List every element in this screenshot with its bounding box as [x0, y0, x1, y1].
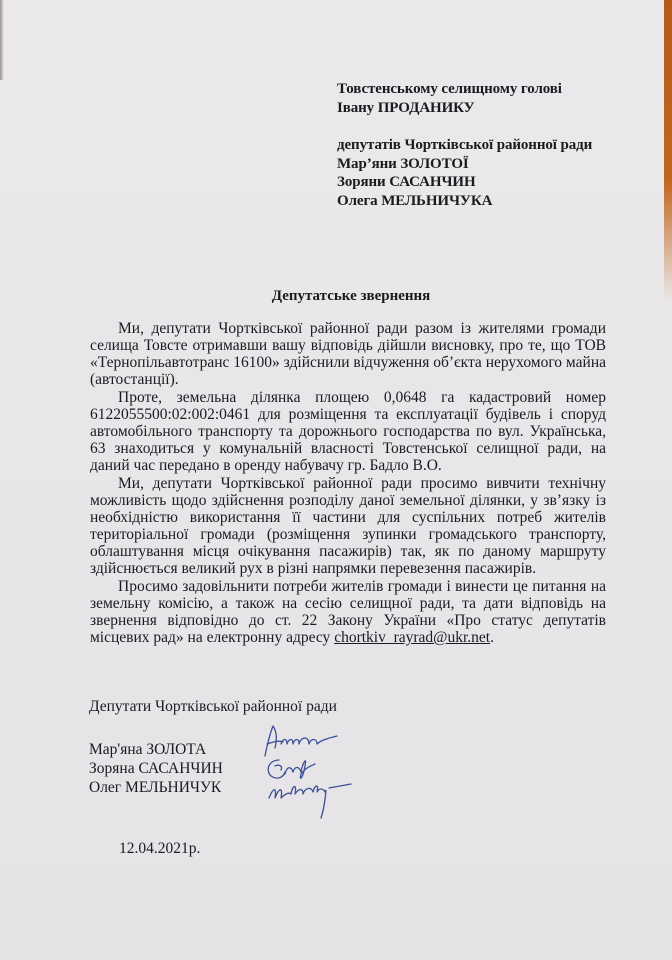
- document-page: Товстенському селищному голові Івану ПРО…: [0, 0, 672, 960]
- signatory-name: Мар'яна ЗОЛОТА: [89, 740, 223, 759]
- sender-name: Мар’яни ЗОЛОТОЇ: [337, 155, 592, 174]
- handwritten-signatures: [255, 722, 385, 822]
- signature-3-icon: [269, 784, 351, 818]
- background-edge: [664, 0, 672, 300]
- body-paragraph: Ми, депутати Чортківської районної ради …: [90, 475, 606, 577]
- signatory-name: Зоряна САСАНЧИН: [89, 759, 223, 778]
- document-body: Ми, депутати Чортківської районної ради …: [90, 320, 606, 646]
- addressee-block: Товстенському селищному голові Івану ПРО…: [337, 80, 592, 210]
- signature-1-icon: [265, 726, 337, 756]
- document-date: 12.04.2021р.: [119, 840, 200, 858]
- document-title: Депутатське звернення: [0, 288, 672, 305]
- sender-name: Зоряни САСАНЧИН: [337, 173, 592, 192]
- sender-title: депутатів Чортківської районної ради: [337, 136, 592, 155]
- request-end: .: [490, 629, 494, 646]
- closing-line: Депутати Чортківської районної ради: [89, 698, 337, 716]
- sender-name: Олега МЕЛЬНИЧУКА: [337, 192, 592, 211]
- page-shadow: [0, 0, 4, 80]
- recipient-name: Івану ПРОДАНИКУ: [337, 99, 592, 118]
- body-paragraph-request: Просимо задовільнити потреби жителів гро…: [90, 578, 606, 646]
- email-link[interactable]: chortkiv_rayrad@ukr.net: [334, 629, 490, 646]
- body-paragraph: Проте, земельна ділянка площею 0,0648 га…: [90, 389, 606, 474]
- recipient-title: Товстенському селищному голові: [337, 80, 592, 99]
- signatories-list: Мар'яна ЗОЛОТА Зоряна САСАНЧИН Олег МЕЛЬ…: [89, 740, 223, 797]
- body-paragraph: Ми, депутати Чортківської районної ради …: [90, 320, 606, 388]
- signatory-name: Олег МЕЛЬНИЧУК: [89, 778, 223, 797]
- signature-2-icon: [268, 760, 315, 778]
